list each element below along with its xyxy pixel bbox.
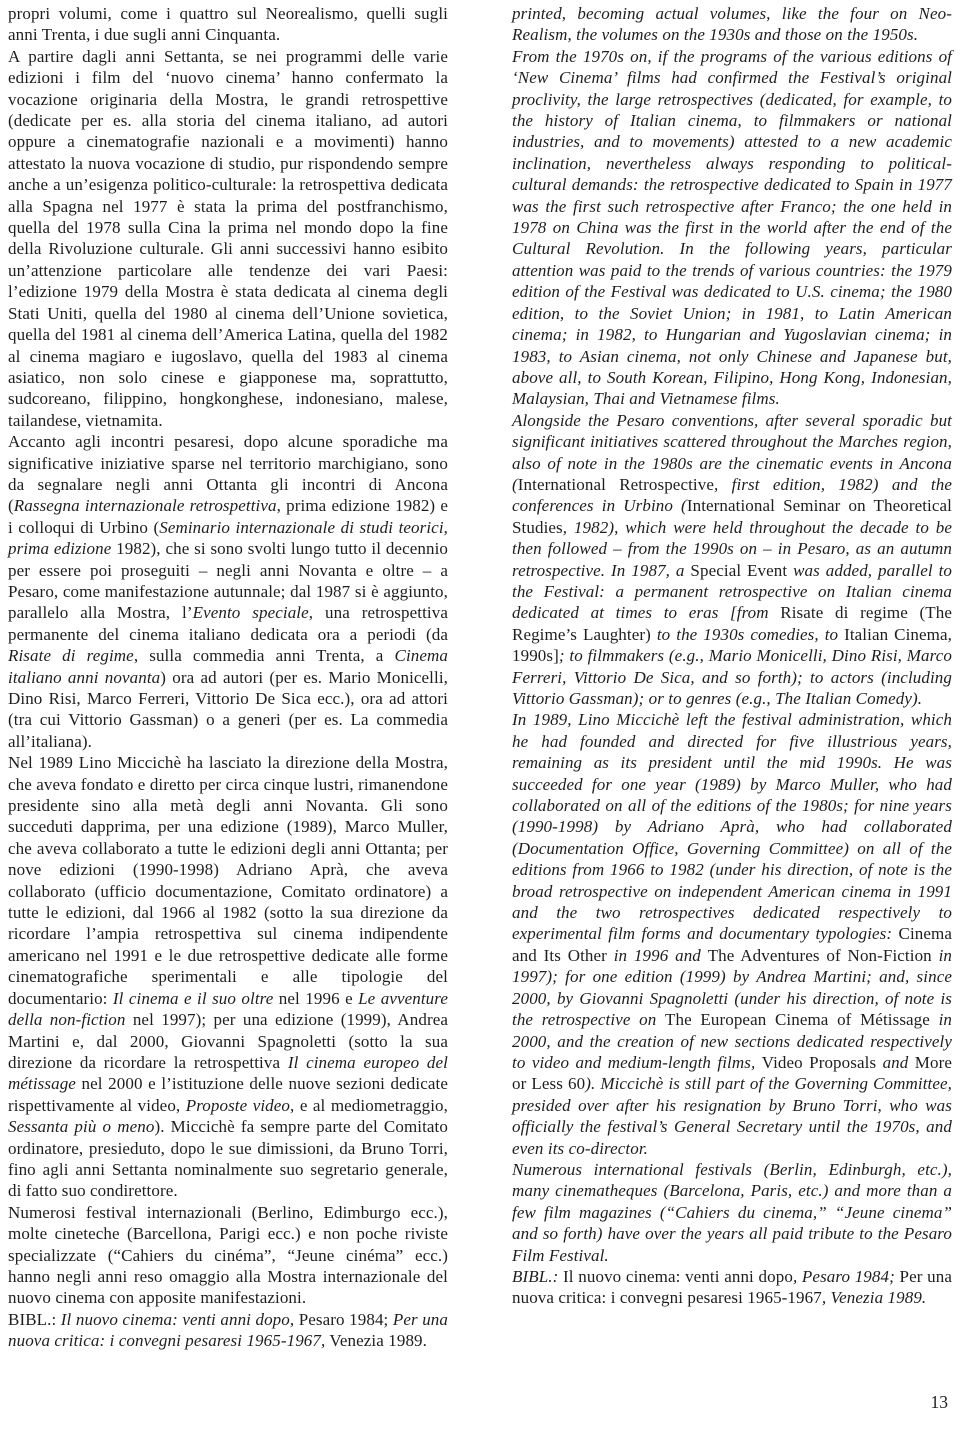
text-segment: The Adventures of Non-Fiction xyxy=(708,946,932,965)
text-segment: Il nuovo cinema: venti anni dopo xyxy=(61,1310,290,1329)
paragraph: printed, becoming actual volumes, like t… xyxy=(512,3,952,46)
text-segment: ; to filmmakers (e.g., Mario Monicelli, … xyxy=(512,646,952,708)
text-segment: propri volumi, come i quattro sul Neorea… xyxy=(8,4,448,44)
text-segment: Il cinema e il suo oltre xyxy=(113,989,273,1008)
text-segment: In 1989, Lino Miccichè left the festival… xyxy=(512,710,952,943)
paragraph: Alongside the Pesaro conventions, after … xyxy=(512,410,952,710)
text-segment: , Venezia 1989. xyxy=(822,1288,926,1307)
text-segment: to the 1930s comedies, to xyxy=(651,625,844,644)
document-page: propri volumi, come i quattro sul Neorea… xyxy=(0,0,960,1432)
paragraph: Accanto agli incontri pesaresi, dopo alc… xyxy=(8,431,448,752)
text-segment: Nel 1989 Lino Miccichè ha lasciato la di… xyxy=(8,753,448,1007)
text-segment: Numerous international festivals (Berlin… xyxy=(512,1160,952,1265)
paragraph: BIBL.: Il nuovo cinema: venti anni dopo,… xyxy=(512,1266,952,1309)
text-segment: printed, becoming actual volumes, like t… xyxy=(512,4,952,44)
text-segment: International Retrospective xyxy=(518,475,714,494)
text-segment: Il nuovo cinema: venti anni dopo xyxy=(563,1267,793,1286)
text-segment: Rassegna internazionale retrospettiva xyxy=(14,496,277,515)
page-number: 13 xyxy=(931,1392,949,1413)
text-segment: , sulla commedia anni Trenta, a xyxy=(134,646,395,665)
text-segment: From the 1970s on, if the programs of th… xyxy=(512,47,952,409)
paragraph: A partire dagli anni Settanta, se nei pr… xyxy=(8,46,448,431)
right-column-english-text: printed, becoming actual volumes, like t… xyxy=(512,3,952,1309)
text-segment: in 1996 and xyxy=(607,946,708,965)
text-segment: and xyxy=(876,1053,915,1072)
text-segment: Sessanta più o meno xyxy=(8,1117,154,1136)
paragraph: Nel 1989 Lino Miccichè ha lasciato la di… xyxy=(8,752,448,1202)
paragraph: From the 1970s on, if the programs of th… xyxy=(512,46,952,410)
left-column-italian-text: propri volumi, come i quattro sul Neorea… xyxy=(8,3,448,1352)
text-segment: Evento speciale xyxy=(193,603,309,622)
paragraph: propri volumi, come i quattro sul Neorea… xyxy=(8,3,448,46)
paragraph: Numerosi festival internazionali (Berlin… xyxy=(8,1202,448,1309)
text-segment: Proposte video xyxy=(186,1096,290,1115)
text-segment: Special Event xyxy=(690,561,787,580)
paragraph: Numerous international festivals (Berlin… xyxy=(512,1159,952,1266)
text-segment: , Pesaro 1984; xyxy=(290,1310,393,1329)
text-segment: BIBL.: xyxy=(8,1310,61,1329)
text-segment: , e al mediometraggio, xyxy=(290,1096,448,1115)
text-segment: , Pesaro 1984; xyxy=(793,1267,900,1286)
text-segment: Numerosi festival internazionali (Berlin… xyxy=(8,1203,448,1308)
text-segment: A partire dagli anni Settanta, se nei pr… xyxy=(8,47,448,430)
text-segment: BIBL.: xyxy=(512,1267,563,1286)
paragraph: BIBL.: Il nuovo cinema: venti anni dopo,… xyxy=(8,1309,448,1352)
text-segment: The European Cinema of Métissage xyxy=(665,1010,930,1029)
text-segment: Video Proposals xyxy=(762,1053,876,1072)
text-segment: , Venezia 1989. xyxy=(321,1331,427,1350)
paragraph: In 1989, Lino Miccichè left the festival… xyxy=(512,709,952,1159)
text-segment: nel 1996 e xyxy=(273,989,358,1008)
text-segment: Risate di regime xyxy=(8,646,134,665)
